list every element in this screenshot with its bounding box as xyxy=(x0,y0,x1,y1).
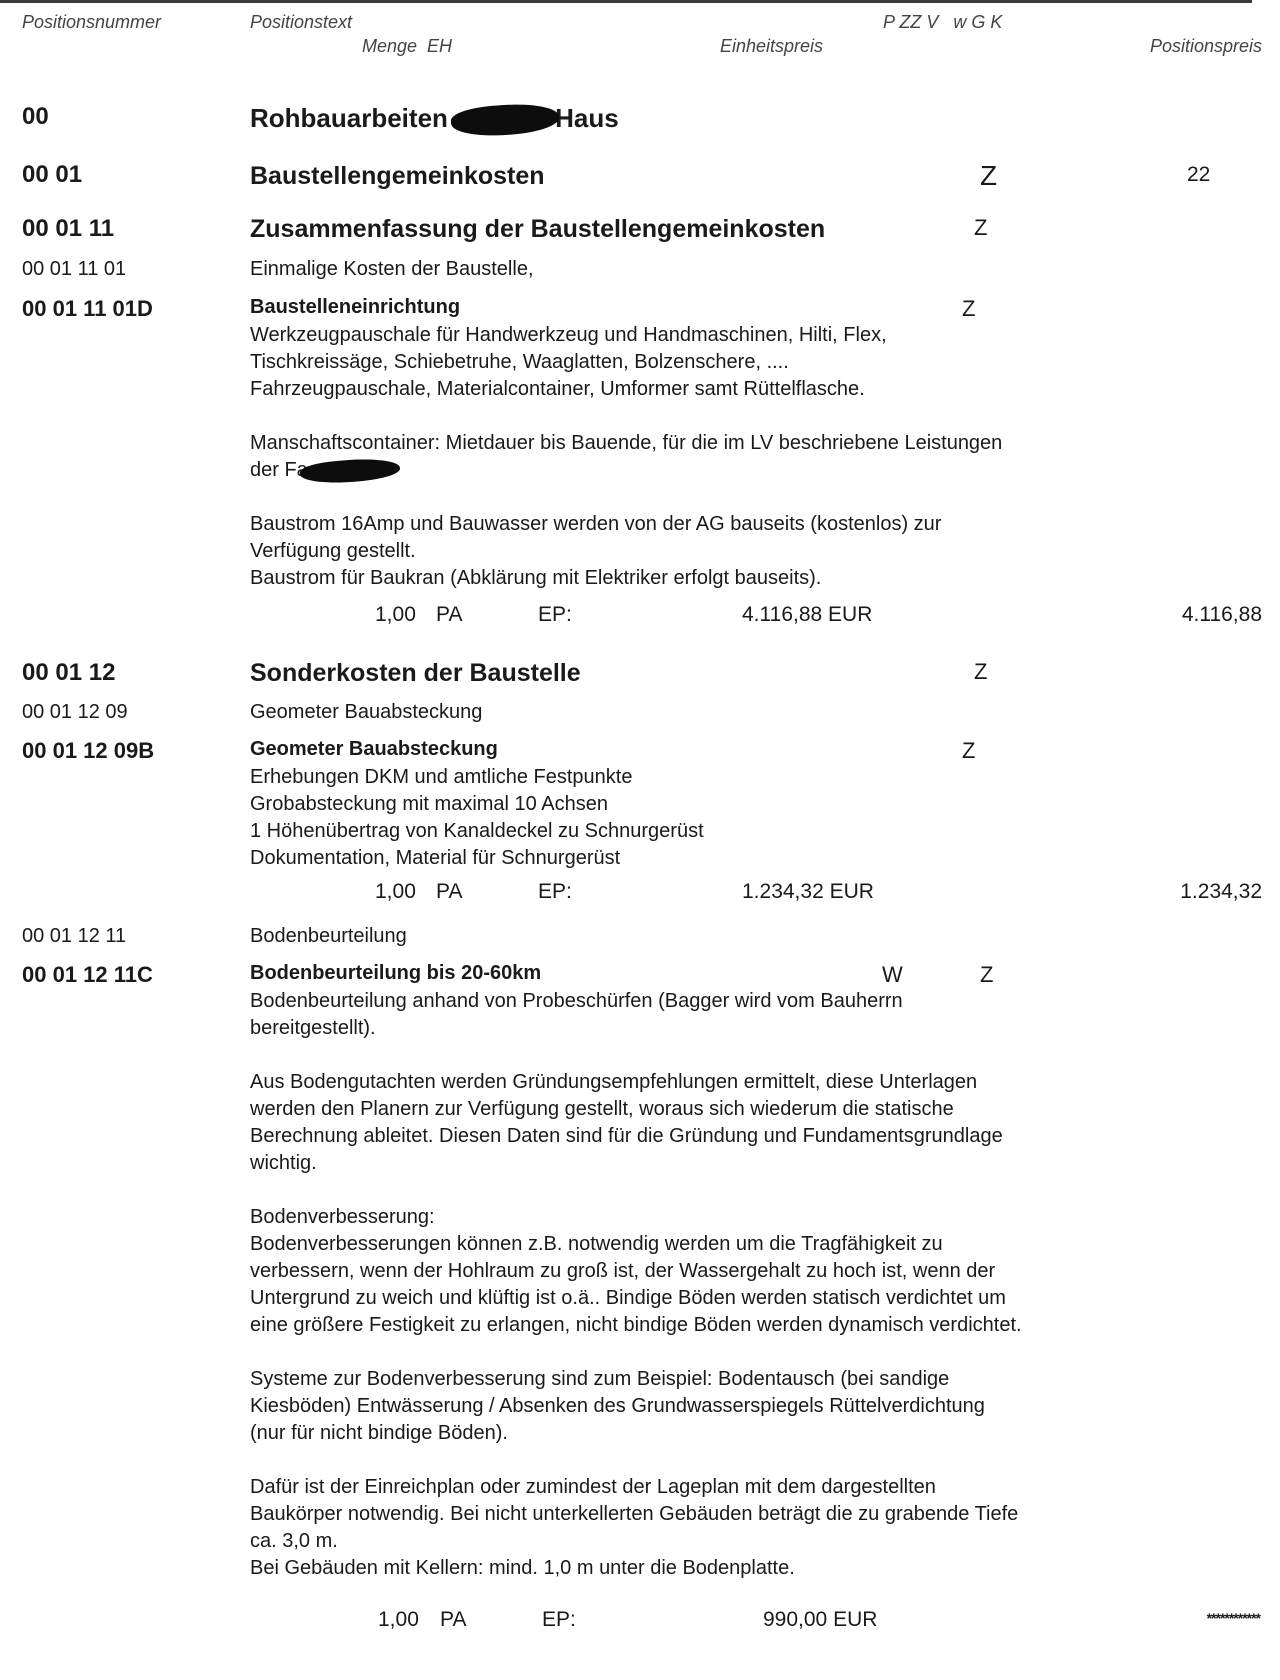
position-description: Erhebungen DKM und amtliche Festpunkte G… xyxy=(250,764,1210,872)
redaction-mark xyxy=(299,456,400,485)
top-rule xyxy=(0,0,1252,3)
position-title: Einmalige Kosten der Baustelle, xyxy=(250,258,534,281)
desc-line: Baustrom 16Amp und Bauwasser werden von … xyxy=(250,513,941,535)
desc-line: ca. 3,0 m. xyxy=(250,1530,338,1552)
position-title: Baustelleneinrichtung xyxy=(250,296,460,319)
desc-line: Baukörper notwendig. Bei nicht unterkell… xyxy=(250,1503,1018,1525)
ep-label: EP: xyxy=(538,603,572,627)
unit: PA xyxy=(440,1608,466,1632)
section-title: Sonderkosten der Baustelle xyxy=(250,659,581,688)
position-number: 00 01 11 01D xyxy=(22,296,153,322)
position-price: 1.234,32 xyxy=(1180,880,1262,904)
desc-line: Grobabsteckung mit maximal 10 Achsen xyxy=(250,793,608,815)
position-number: 00 01 12 09 xyxy=(22,701,128,724)
flag-z: Z xyxy=(974,659,987,685)
position-number: 00 01 12 09B xyxy=(22,738,154,764)
col-header-qty-unit: Menge EH xyxy=(362,36,452,57)
unit-price: 4.116,88 EUR xyxy=(742,603,872,627)
position-title: Bodenbeurteilung bis 20-60km xyxy=(250,962,541,985)
desc-line: Verfügung gestellt. xyxy=(250,540,416,562)
desc-line: Kiesböden) Entwässerung / Absenken des G… xyxy=(250,1395,985,1417)
section-number: 00 xyxy=(22,103,49,131)
quantity: 1,00 xyxy=(378,1608,419,1632)
section-title: Zusammenfassung der Baustellengemeinkost… xyxy=(250,215,825,244)
col-header-flags: P ZZ V w G K xyxy=(883,12,1002,33)
col-header-unit-price: Einheitspreis xyxy=(720,36,823,57)
desc-line: (nur für nicht bindige Böden). xyxy=(250,1422,508,1444)
desc-line: Manschaftscontainer: Mietdauer bis Bauen… xyxy=(250,432,1002,454)
desc-line: bereitgestellt). xyxy=(250,1017,376,1039)
position-title: Geometer Bauabsteckung xyxy=(250,738,498,761)
flag-w: W xyxy=(882,962,903,988)
desc-line: Tischkreissäge, Schiebetruhe, Waaglatten… xyxy=(250,351,789,373)
desc-line: Untergrund zu weich und klüftig ist o.ä.… xyxy=(250,1287,1006,1309)
desc-line: Berechnung ableitet. Diesen Daten sind f… xyxy=(250,1125,1003,1147)
unit: PA xyxy=(436,880,462,904)
section-number: 00 01 12 xyxy=(22,659,115,687)
desc-line: Bodenverbesserungen können z.B. notwendi… xyxy=(250,1233,943,1255)
quantity: 1,00 xyxy=(375,880,416,904)
col-header-number: Positionsnummer xyxy=(22,12,161,33)
desc-line: werden den Planern zur Verfügung gestell… xyxy=(250,1098,954,1120)
desc-line: Aus Bodengutachten werden Gründungsempfe… xyxy=(250,1071,977,1093)
desc-line: Bodenverbesserung: xyxy=(250,1206,435,1228)
desc-line: Bodenbeurteilung anhand von Probeschürfe… xyxy=(250,990,903,1012)
desc-line: verbessern, wenn der Hohlraum zu groß is… xyxy=(250,1260,995,1282)
position-description: Bodenbeurteilung anhand von Probeschürfe… xyxy=(250,988,1210,1582)
position-title: Bodenbeurteilung xyxy=(250,925,407,948)
position-description: Werkzeugpauschale für Handwerkzeug und H… xyxy=(250,322,1210,592)
position-price: 4.116,88 xyxy=(1182,603,1262,627)
page-ref: 22 xyxy=(1187,163,1210,187)
position-number: 00 01 12 11C xyxy=(22,962,153,988)
flag-z: Z xyxy=(974,215,987,241)
unit-price: 990,00 EUR xyxy=(763,1608,877,1632)
position-price-masked: ************ xyxy=(1207,1610,1260,1626)
section-title: Baustellengemeinkosten xyxy=(250,162,545,191)
section-number: 00 01 xyxy=(22,161,82,189)
position-number: 00 01 12 11 xyxy=(22,925,126,948)
col-header-text: Positionstext xyxy=(250,12,352,33)
desc-line: Dafür ist der Einreichplan oder zumindes… xyxy=(250,1476,936,1498)
desc-line: 1 Höhenübertrag von Kanaldeckel zu Schnu… xyxy=(250,820,704,842)
desc-line: wichtig. xyxy=(250,1152,317,1174)
section-title: Rohbauarbeiten Haus xyxy=(250,103,619,135)
quantity: 1,00 xyxy=(375,603,416,627)
desc-line: Dokumentation, Material für Schnurgerüst xyxy=(250,847,620,869)
position-number: 00 01 11 01 xyxy=(22,258,126,281)
desc-line: Werkzeugpauschale für Handwerkzeug und H… xyxy=(250,324,887,346)
flag-z: Z xyxy=(962,296,975,322)
desc-line: eine größere Festigkeit zu erlangen, nic… xyxy=(250,1314,1022,1336)
desc-line: der Fa xyxy=(250,459,308,481)
desc-line: Systeme zur Bodenverbesserung sind zum B… xyxy=(250,1368,949,1390)
redaction-mark xyxy=(450,101,560,138)
section-number: 00 01 11 xyxy=(22,215,114,243)
desc-line: Erhebungen DKM und amtliche Festpunkte xyxy=(250,766,632,788)
ep-label: EP: xyxy=(542,1608,576,1632)
desc-line: Fahrzeugpauschale, Materialcontainer, Um… xyxy=(250,378,865,400)
ep-label: EP: xyxy=(538,880,572,904)
title-text: Rohbauarbeiten xyxy=(250,103,455,133)
unit-price: 1.234,32 EUR xyxy=(742,880,874,904)
col-header-position-price: Positionspreis xyxy=(1150,36,1262,57)
position-title: Geometer Bauabsteckung xyxy=(250,701,482,724)
flag-z: Z xyxy=(962,738,975,764)
desc-line: Bei Gebäuden mit Kellern: mind. 1,0 m un… xyxy=(250,1557,795,1579)
title-text: Haus xyxy=(555,103,619,133)
flag-z: Z xyxy=(980,962,993,988)
desc-line: Baustrom für Baukran (Abklärung mit Elek… xyxy=(250,567,821,589)
unit: PA xyxy=(436,603,462,627)
flag-z: Z xyxy=(980,160,997,192)
